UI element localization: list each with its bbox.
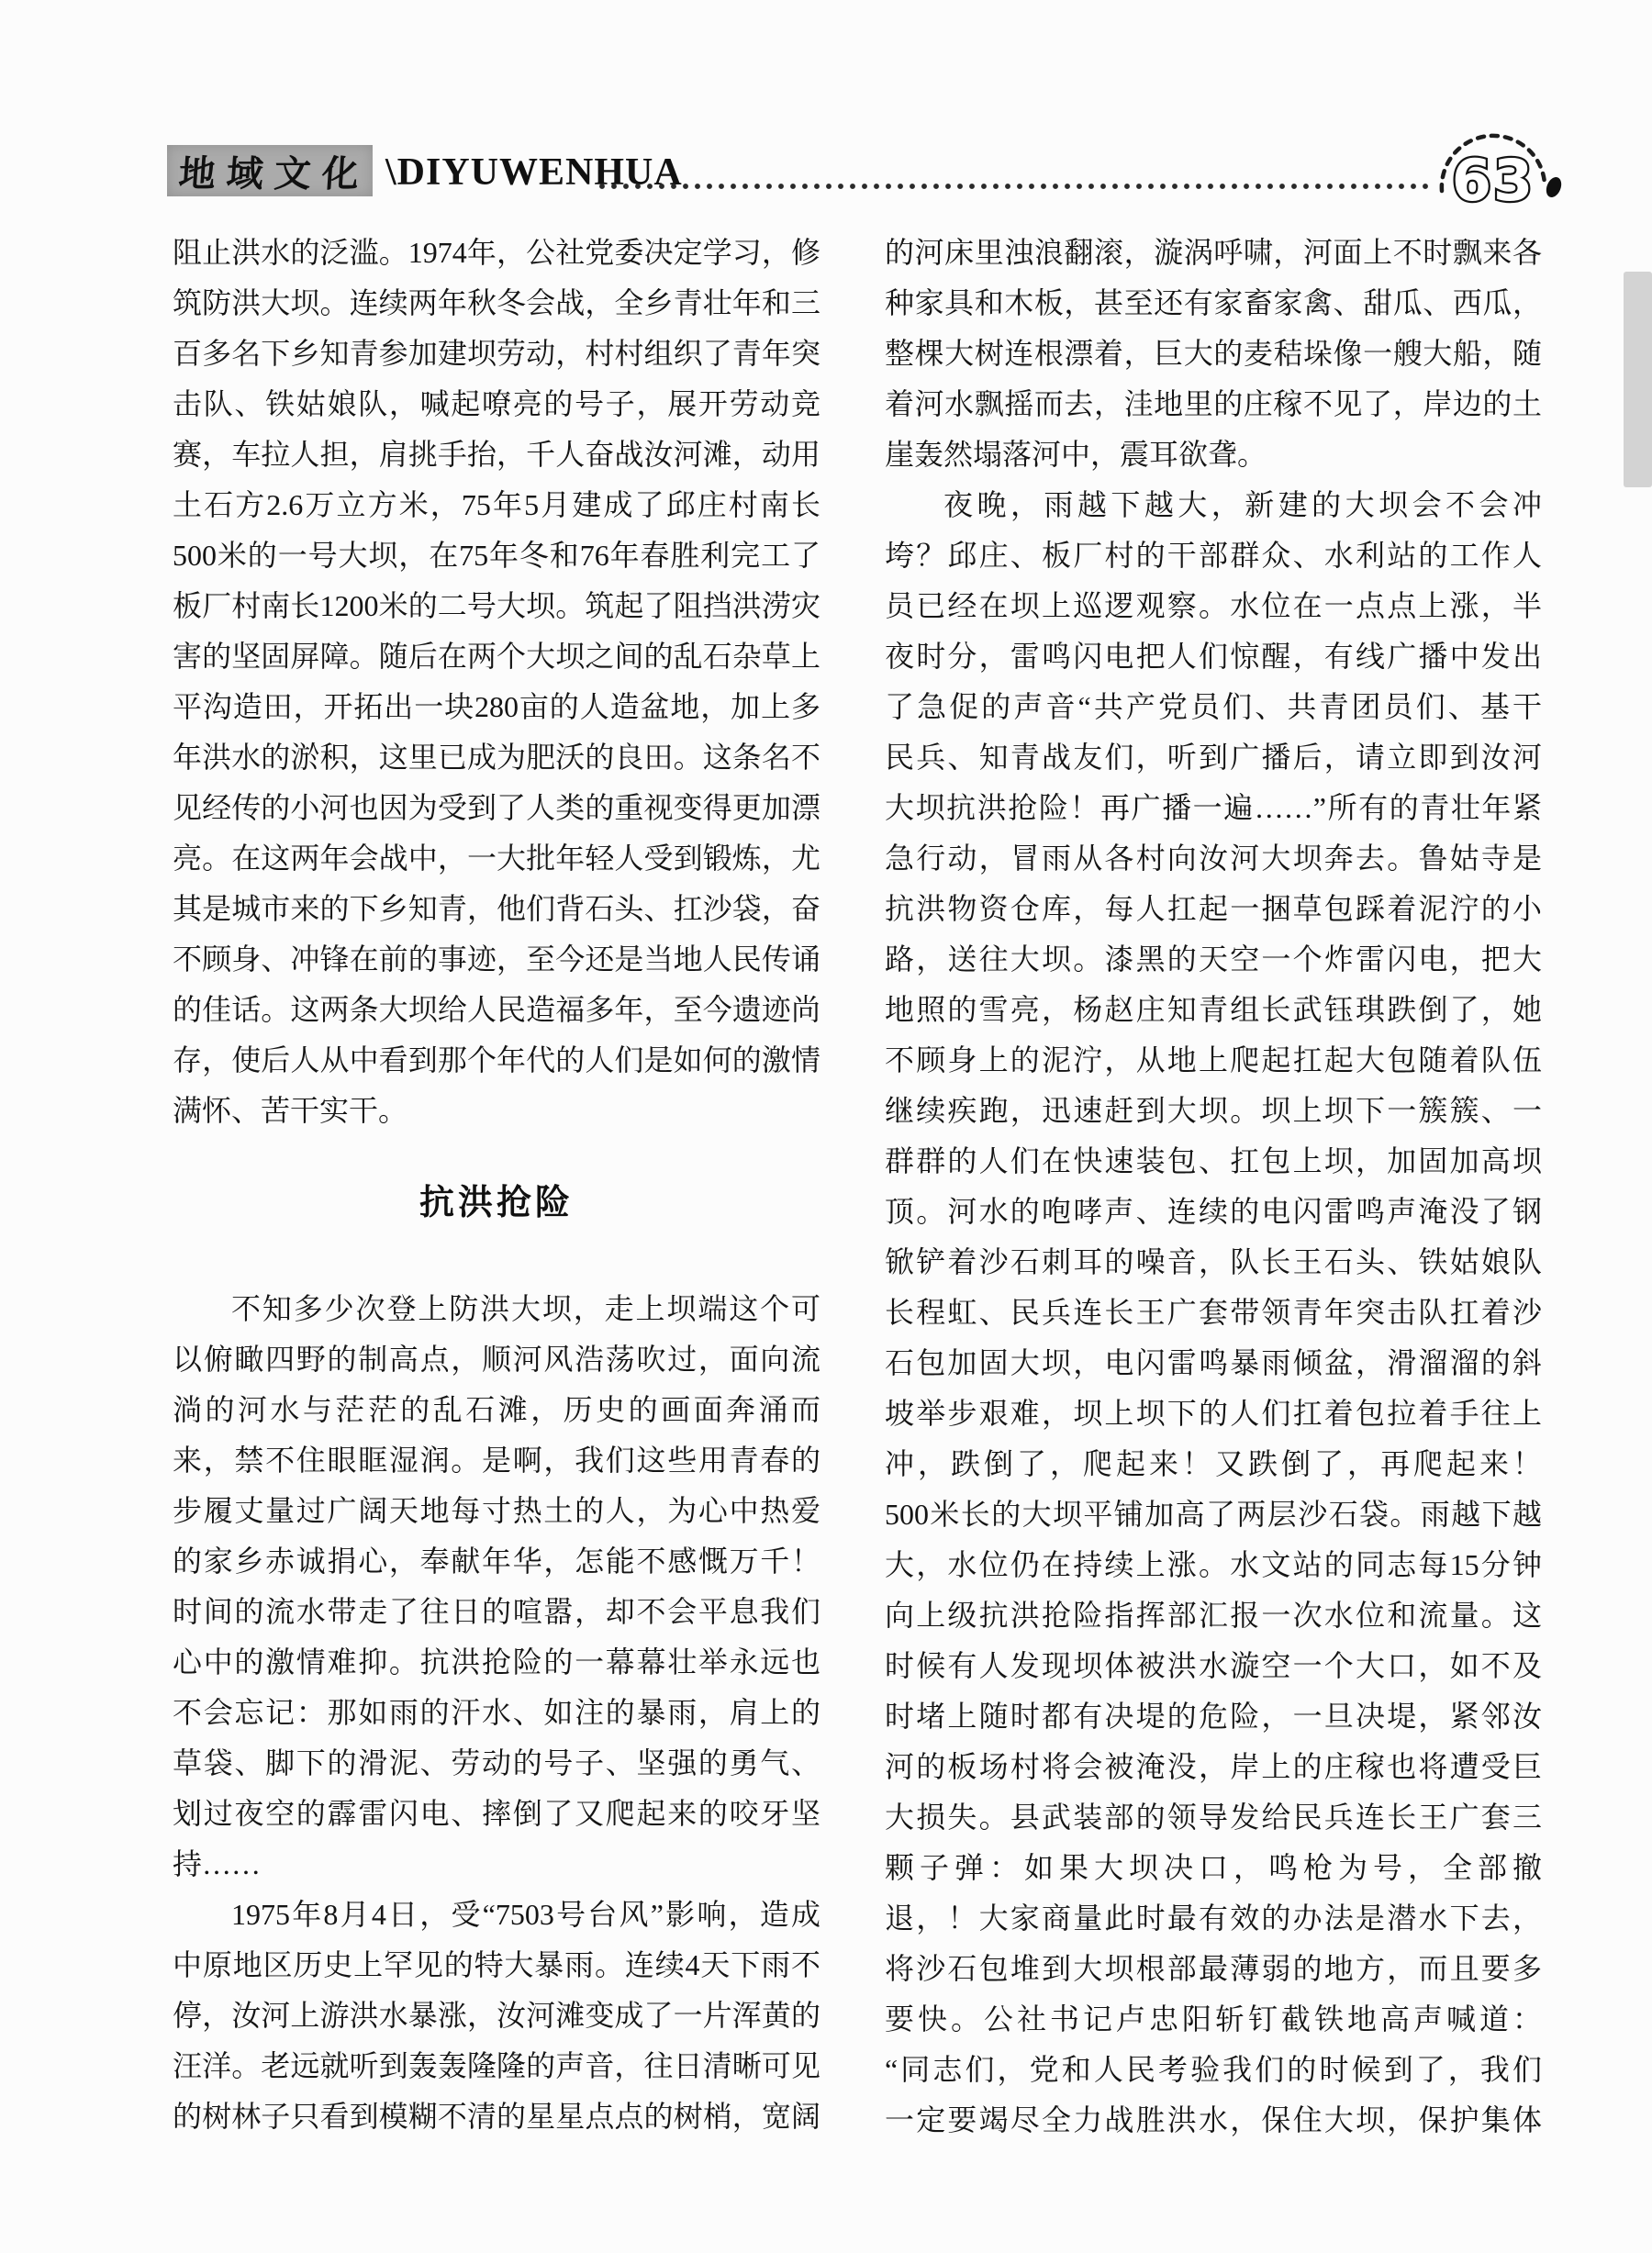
- text-line: 长程虹、民兵连长王广套带领青年突击队扛着沙: [885, 1288, 1542, 1338]
- text-line: 路，送往大坝。漆黑的天空一个炸雷闪电，把大: [885, 934, 1542, 985]
- text-line: 石包加固大坝，电闪雷鸣暴雨倾盆，滑溜溜的斜: [885, 1338, 1542, 1389]
- text-line: 500米的一号大坝，在75年冬和76年春胜利完工了: [173, 530, 820, 581]
- text-line: 大坝抗洪抢险！再广播一遍……”所有的青壮年紧: [885, 783, 1542, 833]
- text-line: 害的坚固屏障。随后在两个大坝之间的乱石杂草上: [173, 631, 820, 682]
- text-line: 继续疾跑，迅速赶到大坝。坝上坝下一簇簇、一: [885, 1086, 1542, 1136]
- text-line: 地照的雪亮，杨赵庄知青组长武钰琪跌倒了，她: [885, 985, 1542, 1035]
- text-line: 垮？邱庄、板厂村的干部群众、水利站的工作人: [885, 530, 1542, 581]
- text-line: 以俯瞰四野的制高点，顺河风浩荡吹过，面向流: [173, 1334, 820, 1385]
- text-line: 淌的河水与茫茫的乱石滩，历史的画面奔涌而: [173, 1385, 820, 1435]
- text-line: 来，禁不住眼眶湿润。是啊，我们这些用青春的: [173, 1435, 820, 1486]
- article-section-heading: 抗洪抢险: [173, 1178, 820, 1229]
- text-line: 其是城市来的下乡知青，他们背石头、扛沙袋，奋: [173, 884, 820, 934]
- text-line: 年洪水的淤积，这里已成为肥沃的良田。这条名不: [173, 732, 820, 783]
- text-line: 时候有人发现坝体被洪水漩空一个大口，如不及: [885, 1641, 1542, 1691]
- dotted-leader: [598, 183, 1432, 191]
- text-line: 顶。河水的咆哮声、连续的电闪雷鸣声淹没了钢: [885, 1187, 1542, 1237]
- text-line: 百多名下乡知青参加建坝劳动，村村组织了青年突: [173, 329, 820, 379]
- right-column: 的河床里浊浪翻滚，漩涡呼啸，河面上不时飘来各 种家具和木板，甚至还有家畜家禽、甜…: [885, 228, 1542, 2146]
- text-line: 抗洪物资仓库，每人扛起一捆草包踩着泥泞的小: [885, 884, 1542, 934]
- text-line: 锨铲着沙石刺耳的噪音，队长王石头、铁姑娘队: [885, 1237, 1542, 1288]
- text-line: 存，使后人从中看到那个年代的人们是如何的激情: [173, 1035, 820, 1086]
- text-line: 停，汝河上游洪水暴涨，汝河滩变成了一片浑黄的: [173, 1991, 820, 2041]
- ink-drop-icon: [1544, 175, 1565, 200]
- text-line: 的佳话。这两条大坝给人民造福多年，至今遗迹尚: [173, 985, 820, 1035]
- text-line: 中原地区历史上罕见的特大暴雨。连续4天下雨不: [173, 1940, 820, 1991]
- scan-edge-artifact: [1624, 272, 1652, 487]
- text-line: 夜晚，雨越下越大，新建的大坝会不会冲: [885, 480, 1542, 530]
- text-line: 的河床里浊浪翻滚，漩涡呼啸，河面上不时飘来各: [885, 228, 1542, 278]
- text-line: 草袋、脚下的滑泥、劳动的号子、坚强的勇气、: [173, 1738, 820, 1789]
- text-line: 夜时分，雷鸣闪电把人们惊醒，有线广播中发出: [885, 631, 1542, 682]
- text-line: 种家具和木板，甚至还有家畜家禽、甜瓜、西瓜，: [885, 278, 1542, 329]
- text-line: 划过夜空的霹雷闪电、摔倒了又爬起来的咬牙坚: [173, 1789, 820, 1839]
- text-line: 大损失。县武装部的领导发给民兵连长王广套三: [885, 1792, 1542, 1843]
- section-title: 地域文化: [168, 145, 372, 197]
- text-line: 整棵大树连根漂着，巨大的麦秸垛像一艘大船，随: [885, 329, 1542, 379]
- text-line: 亮。在这两年会战中，一大批年轻人受到锻炼，尤: [173, 833, 820, 884]
- text-line: 向上级抗洪抢险指挥部汇报一次水位和流量。这: [885, 1590, 1542, 1641]
- text-line: 心中的激情难抑。抗洪抢险的一幕幕壮举永远也: [173, 1637, 820, 1688]
- text-line: 不顾身上的泥泞，从地上爬起扛起大包随着队伍: [885, 1035, 1542, 1086]
- text-line: 不知多少次登上防洪大坝，走上坝端这个可: [173, 1284, 820, 1334]
- text-line: 大，水位仍在持续上涨。水文站的同志每15分钟: [885, 1540, 1542, 1590]
- text-line: 的家乡赤诚捐心，奉献年华，怎能不感慨万千！: [173, 1536, 820, 1587]
- text-line: 汪洋。老远就听到轰轰隆隆的声音，往日清晰可见: [173, 2041, 820, 2091]
- text-line: 的树林子只看到模糊不清的星星点点的树梢，宽阔: [173, 2091, 820, 2142]
- text-line: 将沙石包堆到大坝根部最薄弱的地方，而且要多: [885, 1944, 1542, 1994]
- magazine-page: 地域文化 \DIYUWENHUA 63 阻止洪水的泛滥。1974年，公社党委决定…: [0, 0, 1652, 2253]
- text-line: 见经传的小河也因为受到了人类的重视变得更加漂: [173, 783, 820, 833]
- text-line: 时堵上随时都有决堤的危险，一旦决堤，紧邻汝: [885, 1691, 1542, 1742]
- text-line: 要快。公社书记卢忠阳斩钉截铁地高声喊道：: [885, 1994, 1542, 2045]
- text-line: 着河水飘摇而去，洼地里的庄稼不见了，岸边的土: [885, 379, 1542, 429]
- text-line: 击队、铁姑娘队，喊起嘹亮的号子，展开劳动竞: [173, 379, 820, 429]
- text-line: 不会忘记：那如雨的汗水、如注的暴雨，肩上的: [173, 1688, 820, 1738]
- text-line: 500米长的大坝平铺加高了两层沙石袋。雨越下越: [885, 1489, 1542, 1540]
- text-line: 土石方2.6万立方米，75年5月建成了邱庄村南长: [173, 480, 820, 530]
- text-line: 步履丈量过广阔天地每寸热土的人，为心中热爱: [173, 1486, 820, 1536]
- text-line: 冲，跌倒了，爬起来！又跌倒了，再爬起来！: [885, 1439, 1542, 1489]
- text-line: 民兵、知青战友们，听到广播后，请立即到汝河: [885, 732, 1542, 783]
- text-line: 退，！大家商量此时最有效的办法是潜水下去，: [885, 1893, 1542, 1944]
- text-line: “同志们，党和人民考验我们的时候到了，我们: [885, 2045, 1542, 2095]
- text-line: 板厂村南长1200米的二号大坝。筑起了阻挡洪涝灾: [173, 581, 820, 631]
- text-line: 1975年8月4日，受“7503号台风”影响，造成: [173, 1890, 820, 1940]
- text-line: 群群的人们在快速装包、扛包上坝，加固加高坝: [885, 1136, 1542, 1187]
- left-column: 阻止洪水的泛滥。1974年，公社党委决定学习，修 筑防洪大坝。连续两年秋冬会战，…: [173, 228, 820, 2142]
- text-line: 河的板场村将会被淹没，岸上的庄稼也将遭受巨: [885, 1742, 1542, 1792]
- text-line: 赛，车拉人担，肩挑手抬，千人奋战汝河滩，动用: [173, 429, 820, 480]
- section-title-box: 地域文化: [167, 145, 373, 196]
- text-line: 筑防洪大坝。连续两年秋冬会战，全乡青壮年和三: [173, 278, 820, 329]
- page-number-badge: 63: [1418, 128, 1583, 211]
- text-line: 阻止洪水的泛滥。1974年，公社党委决定学习，修: [173, 228, 820, 278]
- text-line: 不顾身、冲锋在前的事迹，至今还是当地人民传诵: [173, 934, 820, 985]
- text-line: 平沟造田，开拓出一块280亩的人造盆地，加上多: [173, 682, 820, 732]
- text-line: 颗子弹：如果大坝决口，鸣枪为号，全部撤: [885, 1843, 1542, 1893]
- text-line: 一定要竭尽全力战胜洪水，保住大坝，保护集体: [885, 2095, 1542, 2146]
- text-line: 时间的流水带走了往日的喧嚣，却不会平息我们: [173, 1587, 820, 1637]
- text-line: 坡举步艰难，坝上坝下的人们扛着包拉着手往上: [885, 1389, 1542, 1439]
- text-line: 了急促的声音“共产党员们、共青团员们、基干: [885, 682, 1542, 732]
- text-line: 急行动，冒雨从各村向汝河大坝奔去。鲁姑寺是: [885, 833, 1542, 884]
- text-line: 持……: [173, 1839, 820, 1890]
- page-number: 63: [1452, 147, 1535, 211]
- text-line: 崖轰然塌落河中，震耳欲聋。: [885, 429, 1542, 480]
- text-line: 员已经在坝上巡逻观察。水位在一点点上涨，半: [885, 581, 1542, 631]
- text-line: 满怀、苦干实干。: [173, 1086, 820, 1136]
